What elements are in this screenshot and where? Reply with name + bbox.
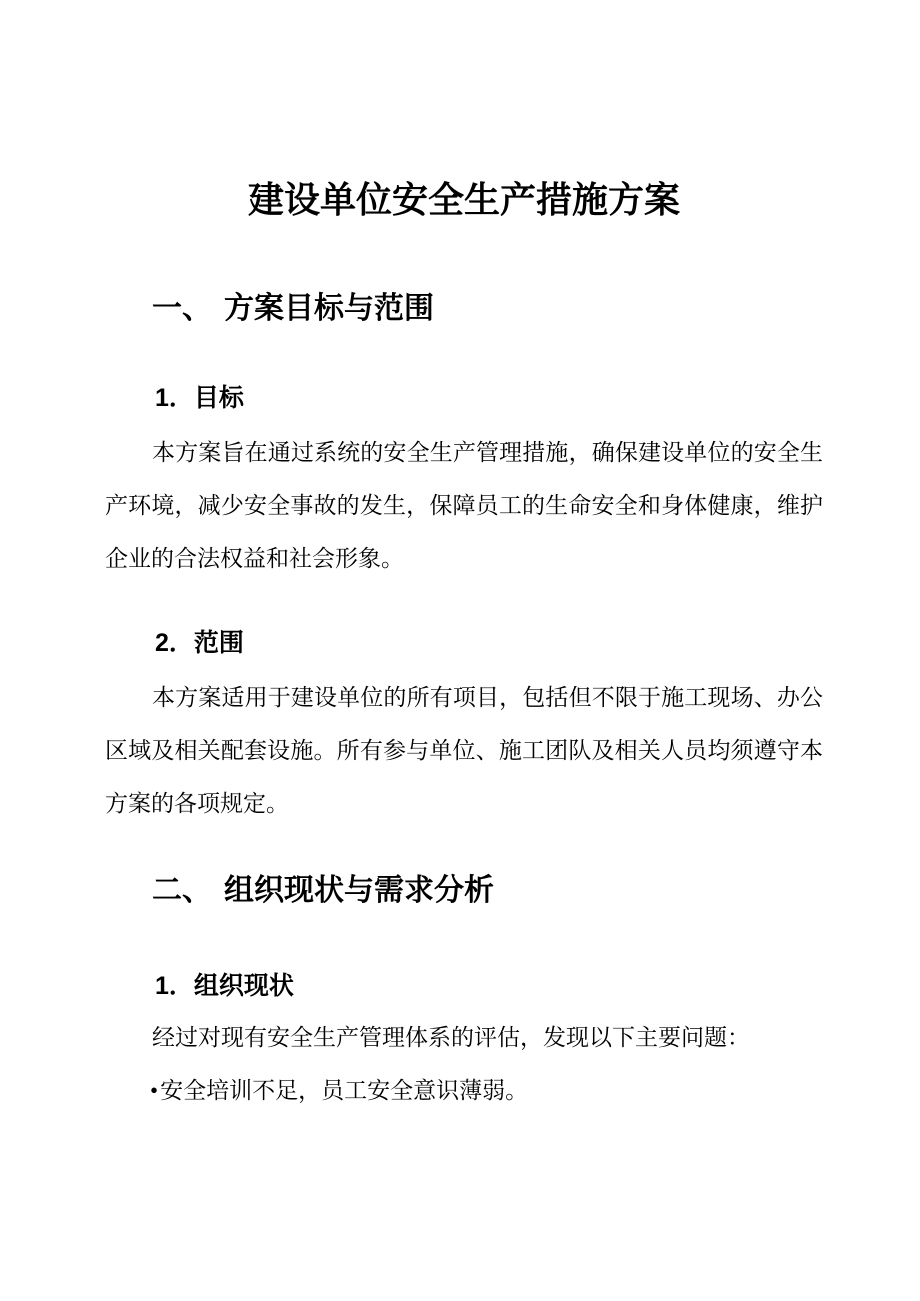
section-1-title: 方案目标与范围 bbox=[224, 292, 434, 325]
subsection-2-1-heading: 1．组织现状 bbox=[105, 970, 823, 1003]
paragraph-goal: 本方案旨在通过系统的安全生产管理措施，确保建设单位的安全生产环境，减少安全事故的… bbox=[105, 426, 823, 585]
bullet-item: •安全培训不足，员工安全意识薄弱。 bbox=[105, 1064, 823, 1117]
section-2-heading: 二、组织现状与需求分析 bbox=[105, 871, 823, 911]
bullet-marker: • bbox=[150, 1078, 158, 1103]
section-1-heading: 一、方案目标与范围 bbox=[105, 289, 823, 329]
section-2-title: 组织现状与需求分析 bbox=[224, 874, 494, 907]
subsection-1-2-heading: 2．范围 bbox=[105, 627, 823, 660]
bullet-text: 安全培训不足，员工安全意识薄弱。 bbox=[160, 1078, 528, 1103]
document-title: 建设单位安全生产措施方案 bbox=[105, 176, 823, 224]
section-1-number: 一、 bbox=[152, 292, 212, 325]
subsection-1-1-heading: 1．目标 bbox=[105, 382, 823, 415]
document-page: 建设单位安全生产措施方案 一、方案目标与范围 1．目标 本方案旨在通过系统的安全… bbox=[0, 0, 920, 1301]
section-2-number: 二、 bbox=[152, 874, 212, 907]
paragraph-assessment: 经过对现有安全生产管理体系的评估，发现以下主要问题： bbox=[105, 1011, 823, 1064]
paragraph-scope: 本方案适用于建设单位的所有项目，包括但不限于施工现场、办公区域及相关配套设施。所… bbox=[105, 671, 823, 830]
